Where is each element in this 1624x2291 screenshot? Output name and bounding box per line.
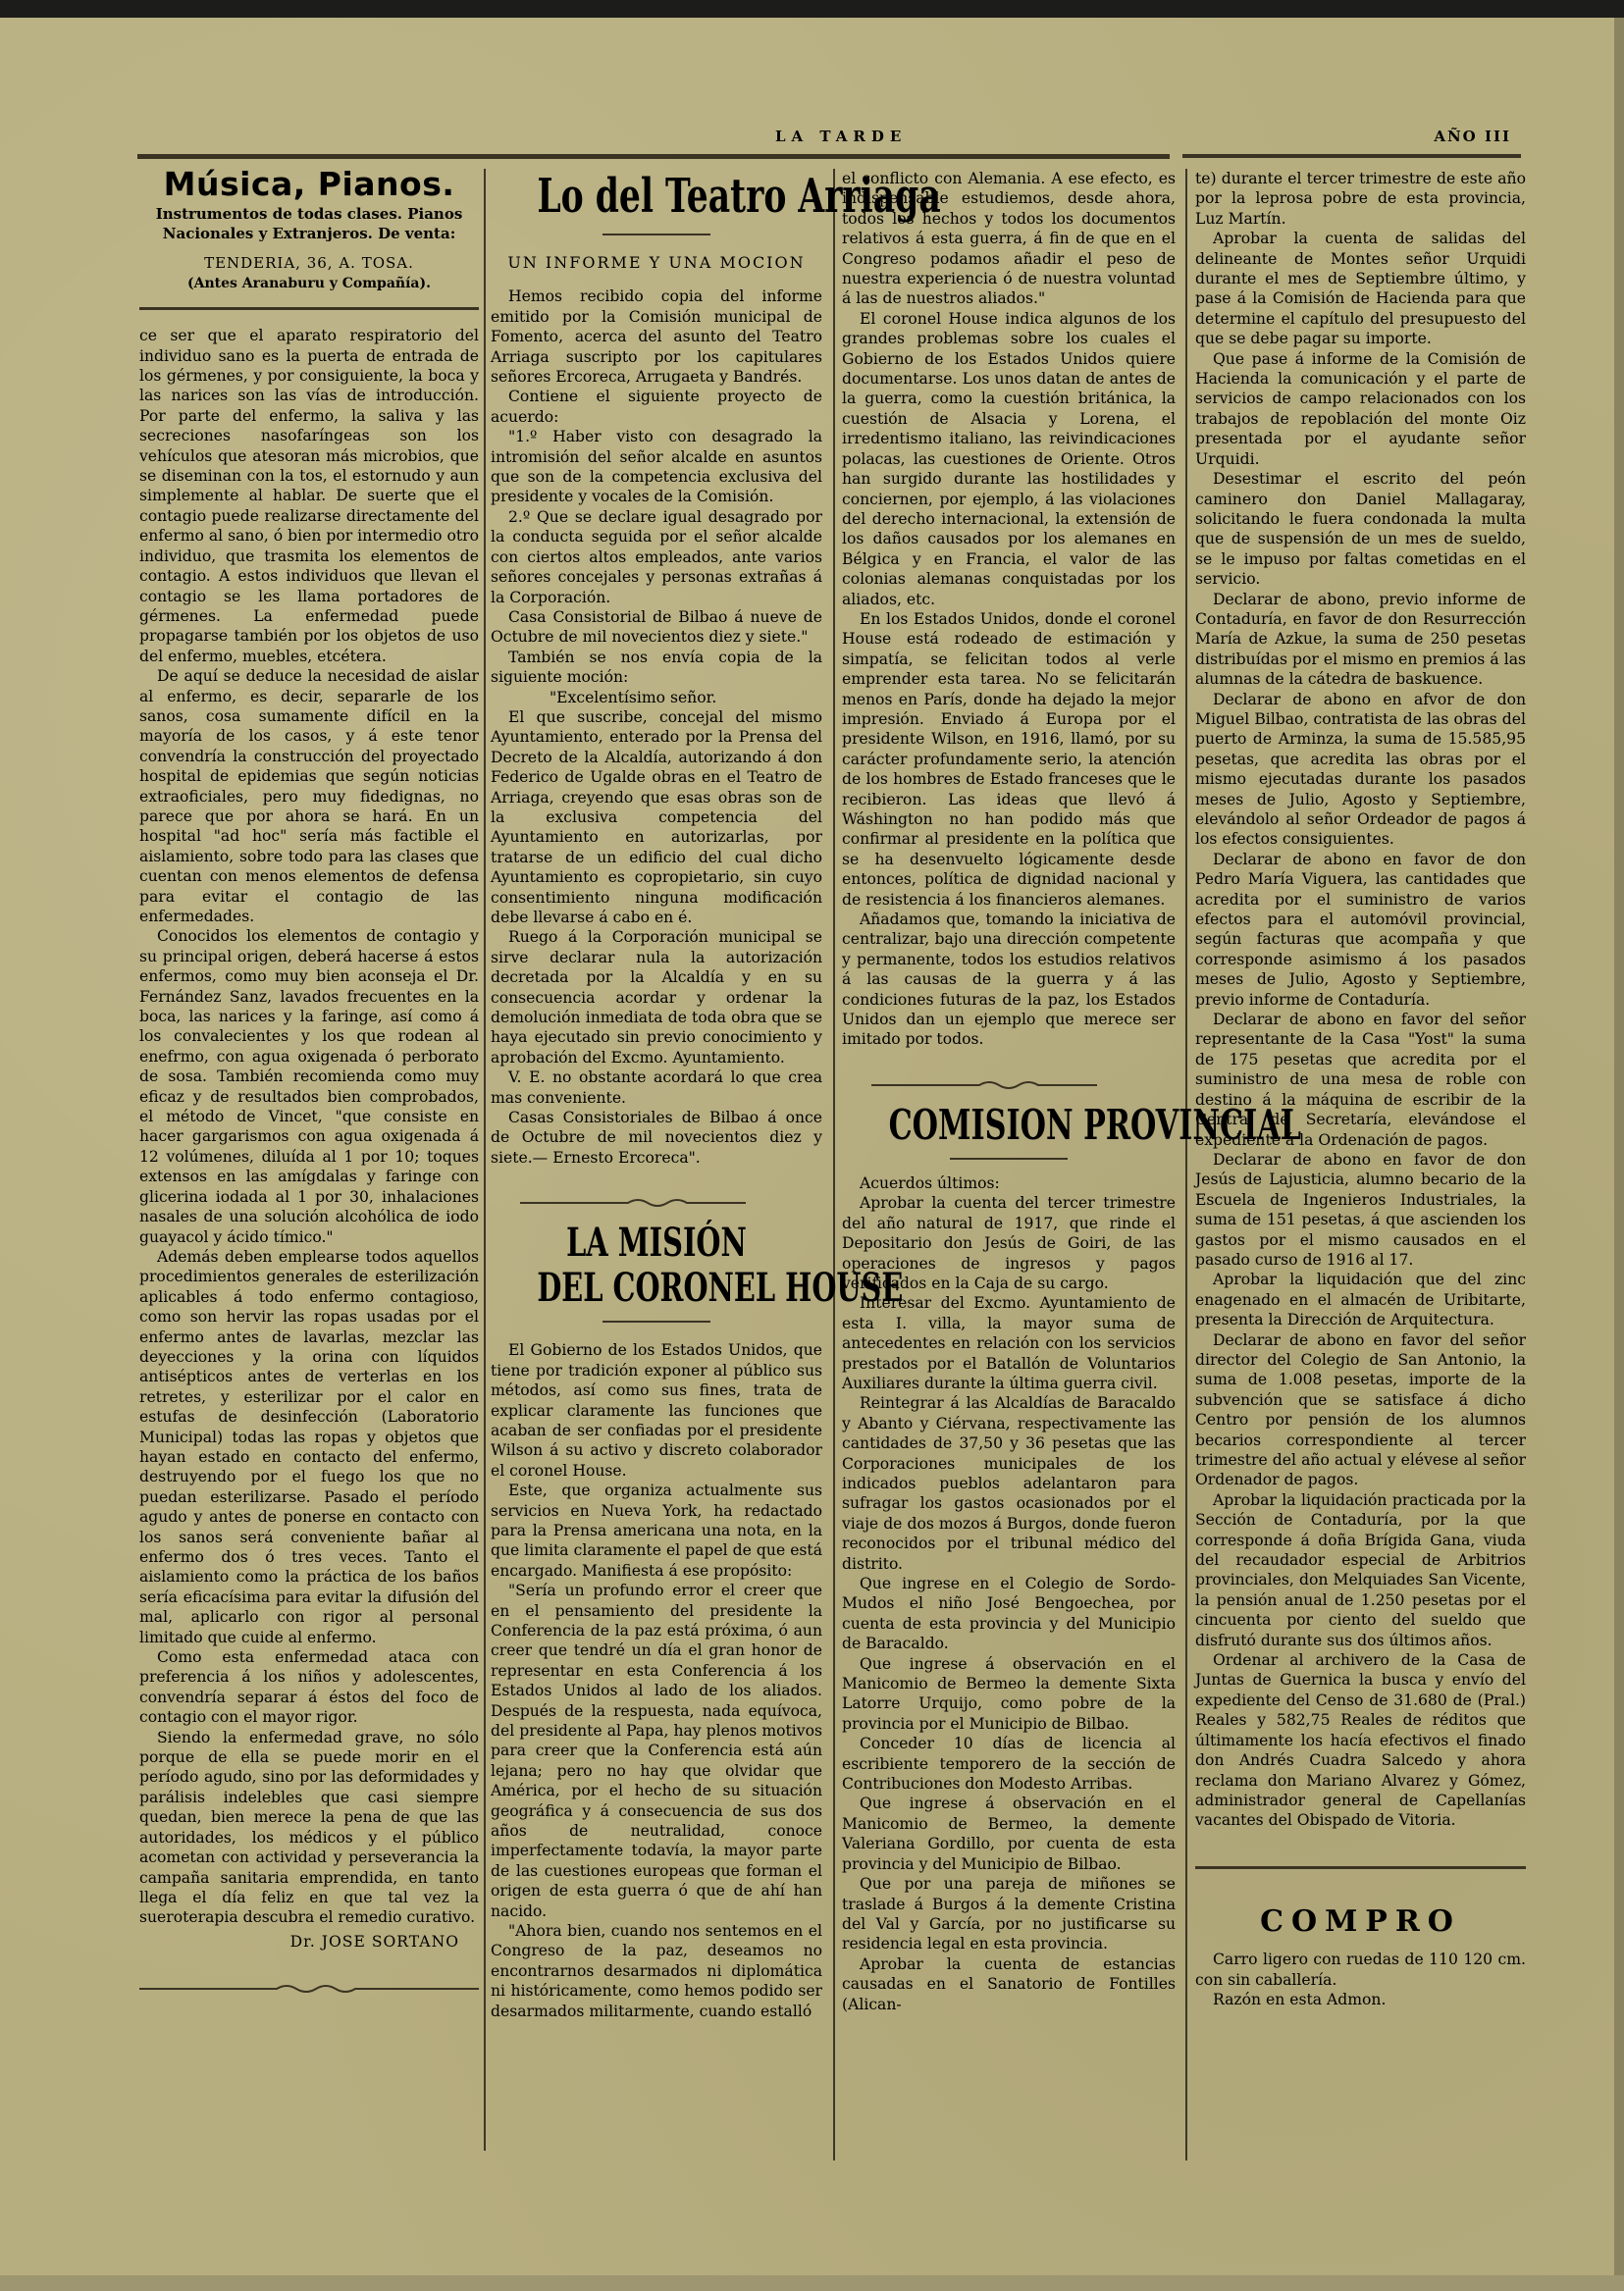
article-paragraph: En los Estados Unidos, donde el coronel … [842, 609, 1176, 910]
page-edge-bottom [0, 2275, 1624, 2291]
ad-address: TENDERIA, 36, A. TOSA. [139, 253, 479, 273]
article-paragraph: Contiene el siguiente proyecto de acuerd… [491, 387, 822, 427]
agreement-item: Que por una pareja de miñones se traslad… [842, 1874, 1176, 1954]
header-rule [137, 154, 1170, 159]
column-divider [1185, 169, 1187, 2161]
headline-rule [602, 1321, 710, 1323]
column-2: Lo del Teatro Arriaga UN INFORME Y UNA M… [491, 169, 822, 2021]
article-paragraph: V. E. no obstante acordará lo que crea m… [491, 1067, 822, 1108]
agreement-item: Ordenar al archivero de la Casa de Junta… [1195, 1650, 1526, 1831]
article-paragraph: Hemos recibido copia del informe emitido… [491, 286, 822, 387]
article-paragraph: Conocidos los elementos de contagio y su… [139, 926, 479, 1247]
article-paragraph: Como esta enfermedad ataca con preferenc… [139, 1647, 479, 1728]
article-paragraph: 2.º Que se declare igual desagrado por l… [491, 507, 822, 607]
section-intro: Acuerdos últimos: [842, 1173, 1176, 1193]
article-paragraph: "Ahora bien, cuando nos sentemos en el C… [491, 1921, 822, 2021]
article-paragraph: El coronel House indica algunos de los g… [842, 309, 1176, 609]
ad-title: COMPRO [1195, 1912, 1526, 1932]
agreement-item: Desestimar el escrito del peón caminero … [1195, 469, 1526, 589]
ad-text: Carro ligero con ruedas de 110 120 cm. c… [1195, 1950, 1526, 1990]
agreement-item: Aprobar la cuenta de salidas del delinea… [1195, 229, 1526, 348]
article-paragraph: Casas Consistoriales de Bilbao á once de… [491, 1108, 822, 1168]
article-paragraph: ce ser que el aparato respiratorio del i… [139, 326, 479, 666]
ad-text: Razón en esta Admon. [1195, 1990, 1526, 2009]
compro-ad: COMPRO Carro ligero con ruedas de 110 12… [1195, 1912, 1526, 2010]
subheadline: UN INFORME Y UNA MOCION [491, 253, 822, 273]
column-4: te) durante el tercer trimestre de este … [1195, 169, 1526, 2009]
article-paragraph: Siendo la enfermedad grave, no sólo porq… [139, 1728, 479, 1928]
article-paragraph: Además deben emplearse todos aquellos pr… [139, 1247, 479, 1647]
ad-sub: (Antes Aranaburu y Compañía). [139, 274, 479, 293]
agreement-item: Que ingrese á observación en el Manicomi… [842, 1654, 1176, 1735]
ornamental-divider [842, 1077, 1176, 1089]
headline-mision-line2: DEL CORONEL HOUSE [537, 1266, 775, 1311]
agreement-item: Declarar de abono en favor de don Pedro … [1195, 850, 1526, 1010]
agreement-item: Conceder 10 días de licencia al escribie… [842, 1734, 1176, 1794]
headline-teatro-arriaga: Lo del Teatro Arriaga [537, 169, 775, 224]
column-divider [833, 169, 835, 2161]
column-1: Música, Pianos. Instrumentos de todas cl… [139, 169, 479, 2003]
music-ad: Música, Pianos. Instrumentos de todas cl… [139, 175, 479, 293]
header-rule-right [1182, 154, 1521, 158]
section-rule [139, 307, 479, 314]
article-paragraph: Añadamos que, tomando la iniciativa de c… [842, 910, 1176, 1050]
agreement-item: Aprobar la cuenta de estancias causadas … [842, 1954, 1176, 2014]
agreement-item: Declarar de abono en favor de don Jesús … [1195, 1150, 1526, 1270]
headline-comision-provincial: COMISION PROVINCIAL [889, 1101, 1129, 1150]
article-paragraph: Casa Consistorial de Bilbao á nueve de O… [491, 607, 822, 648]
article-paragraph: Ruego á la Corporación municipal se sirv… [491, 927, 822, 1067]
article-paragraph: Este, que organiza actualmente sus servi… [491, 1481, 822, 1581]
headline-rule [950, 1158, 1068, 1160]
agreement-item: Declarar de abono en favor del señor rep… [1195, 1010, 1526, 1150]
article-paragraph: "Sería un profundo error el creer que en… [491, 1581, 822, 1921]
article-paragraph: "Excelentísimo señor. [491, 688, 822, 707]
article-paragraph: El que suscribe, concejal del mismo Ayun… [491, 707, 822, 927]
article-paragraph: el conflicto con Alemania. A ese efecto,… [842, 169, 1176, 309]
author-signature: Dr. JOSE SORTANO [139, 1932, 479, 1952]
agreement-item: Aprobar la liquidación practicada por la… [1195, 1490, 1526, 1650]
agreement-item: Declarar de abono en favor del señor dir… [1195, 1330, 1526, 1490]
page-edge [1614, 18, 1624, 2291]
article-paragraph: El Gobierno de los Estados Unidos, que t… [491, 1340, 822, 1481]
column-3: el conflicto con Alemania. A ese efecto,… [842, 169, 1176, 2014]
agreement-item: te) durante el tercer trimestre de este … [1195, 169, 1526, 229]
article-paragraph: También se nos envía copia de la siguien… [491, 648, 822, 688]
agreement-item: Aprobar la liquidación que del zinc enag… [1195, 1270, 1526, 1329]
ornamental-divider [139, 1981, 479, 1993]
column-divider [484, 169, 486, 2151]
headline-rule [602, 234, 710, 235]
agreement-item: Aprobar la cuenta del tercer trimestre d… [842, 1193, 1176, 1293]
agreement-item: Que pase á informe de la Comisión de Hac… [1195, 349, 1526, 469]
agreement-item: Declarar de abono, previo informe de Con… [1195, 590, 1526, 690]
headline-mision-line1: LA MISIÓN [537, 1221, 775, 1266]
masthead: LA TARDE AÑO III [137, 108, 1511, 147]
agreement-item: Que ingrese á observación en el Manicomi… [842, 1794, 1176, 1874]
article-paragraph: "1.º Haber visto con desagrado la introm… [491, 427, 822, 507]
ad-title: Música, Pianos. [139, 175, 479, 194]
agreement-item: Declarar de abono en afvor de don Miguel… [1195, 690, 1526, 850]
newspaper-title: LA TARDE [775, 128, 907, 145]
ad-line: Nacionales y Extranjeros. De venta: [139, 224, 479, 243]
agreement-item: Que ingrese en el Colegio de Sordo-Mudos… [842, 1574, 1176, 1654]
section-rule [1195, 1866, 1526, 1873]
ad-line: Instrumentos de todas clases. Pianos [139, 204, 479, 224]
agreement-item: Interesar del Excmo. Ayuntamiento de est… [842, 1293, 1176, 1393]
article-paragraph: De aquí se deduce la necesidad de aislar… [139, 666, 479, 926]
year-label: AÑO III [1434, 128, 1511, 145]
agreement-item: Reintegrar á las Alcaldías de Baracaldo … [842, 1393, 1176, 1574]
ornamental-divider [491, 1195, 822, 1207]
